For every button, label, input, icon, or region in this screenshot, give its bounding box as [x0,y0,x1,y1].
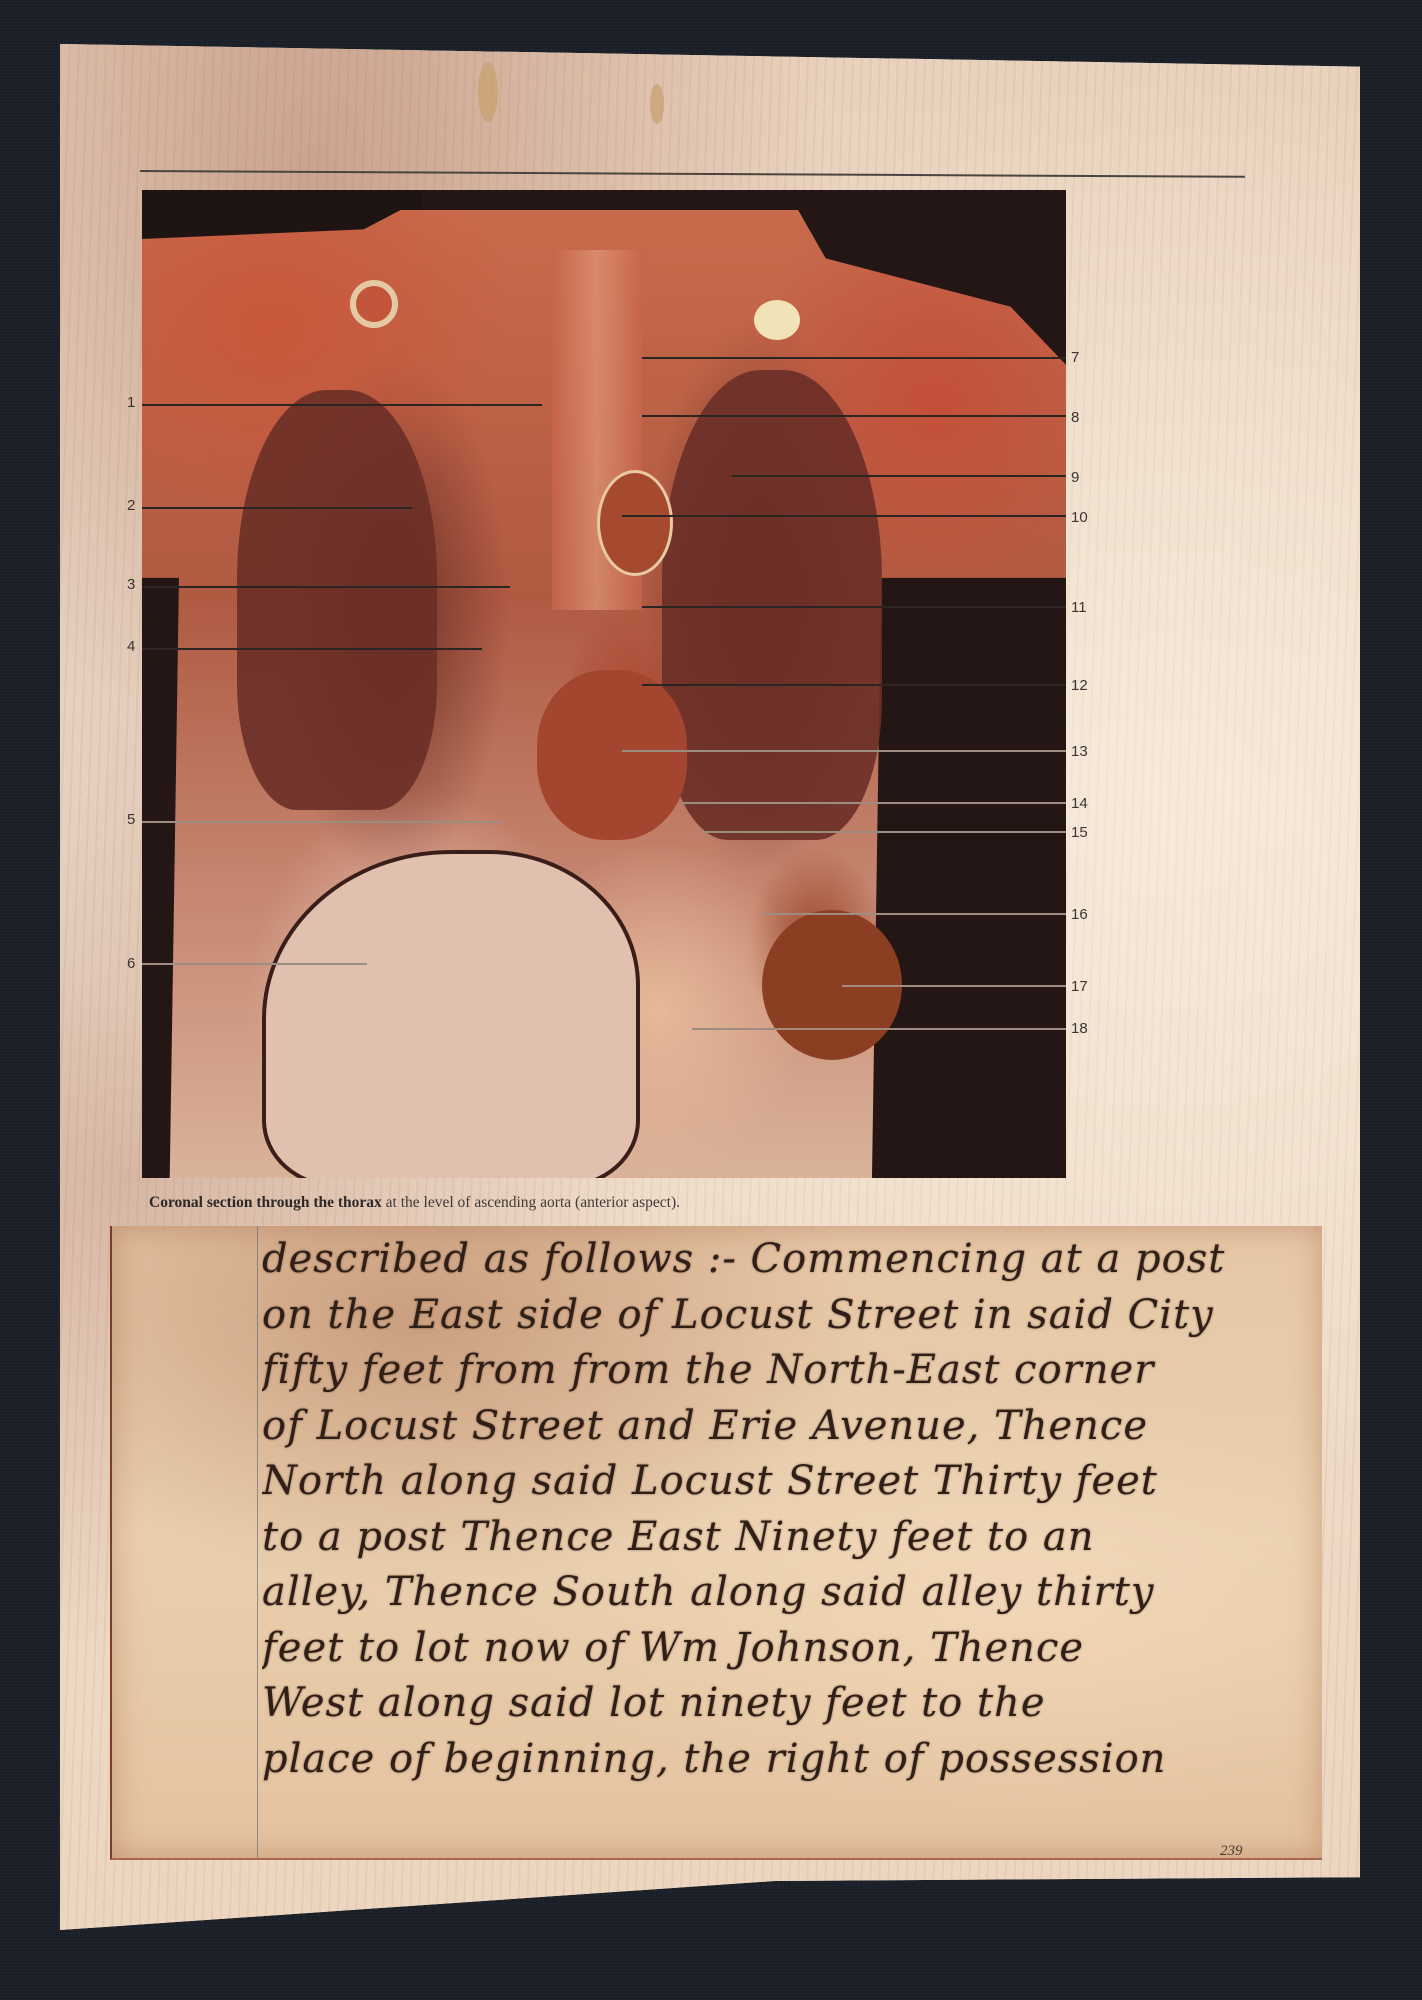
handwriting-line-7: alley, Thence South along said alley thi… [262,1565,1332,1621]
liver [262,850,640,1178]
glue-drip [650,84,664,124]
handwritten-text: described as follows :- Commencing at a … [262,1232,1332,1787]
leader-line-14 [682,802,1066,804]
leader-line-3 [142,586,510,588]
leader-line-16 [762,913,1066,915]
plate-label-8: 8 [1071,409,1079,426]
plate-label-14: 14 [1071,795,1088,812]
leader-line-15 [702,831,1066,833]
left-lung [662,370,882,840]
leader-line-5 [142,821,502,823]
plate-label-11: 11 [1071,599,1087,616]
anatomical-plate [142,190,1066,1178]
heart [537,670,687,840]
plate-label-18: 18 [1071,1020,1088,1037]
handwriting-line-9: West along said lot ninety feet to the [262,1676,1332,1732]
right-lung [237,390,437,810]
handwritten-deed-panel: described as follows :- Commencing at a … [110,1226,1322,1860]
leader-line-7 [642,357,1066,359]
leader-line-6 [142,963,367,965]
plate-label-9: 9 [1071,469,1079,486]
plate-caption: Coronal section through the thorax at th… [149,1194,949,1212]
plate-label-4: 4 [127,638,135,655]
handwriting-line-2: on the East side of Locust Street in sai… [262,1288,1332,1344]
left-clavicle [754,300,800,340]
glue-drip [478,62,498,122]
plate-label-6: 6 [127,955,135,972]
handwriting-line-3: fifty feet from from the North-East corn… [262,1343,1332,1399]
leader-line-17 [842,985,1066,987]
leader-line-18 [692,1028,1066,1030]
leader-line-9 [732,475,1066,477]
leader-line-2 [142,507,412,509]
handwriting-line-1: described as follows :- Commencing at a … [262,1232,1332,1288]
plate-label-3: 3 [127,576,135,593]
plate-label-17: 17 [1071,978,1088,995]
leader-line-4 [142,648,482,650]
plate-label-1: 1 [127,394,135,411]
leader-line-10 [622,515,1066,517]
page-number: 239 [1220,1843,1243,1860]
plate-label-13: 13 [1071,743,1088,760]
handwriting-line-10: place of beginning, the right of possess… [262,1732,1332,1788]
handwriting-line-8: feet to lot now of Wm Johnson, Thence [262,1621,1332,1677]
leader-line-1 [142,404,542,406]
leader-line-8 [642,415,1066,417]
plate-label-16: 16 [1071,906,1088,923]
caption-rest: at the level of ascending aorta (anterio… [382,1194,680,1211]
right-clavicle [350,280,398,328]
plate-label-12: 12 [1071,677,1088,694]
handwriting-line-4: of Locust Street and Erie Avenue, Thence [262,1399,1332,1455]
caption-bold: Coronal section through the thorax [149,1194,382,1211]
leader-line-12 [642,684,1066,686]
leader-line-13 [622,750,1066,752]
handwriting-line-6: to a post Thence East Ninety feet to an [262,1510,1332,1566]
plate-label-2: 2 [127,497,135,514]
leader-line-11 [642,606,1066,608]
plate-label-5: 5 [127,811,135,828]
plate-label-15: 15 [1071,824,1088,841]
plate-label-7: 7 [1071,349,1079,366]
plate-label-10: 10 [1071,509,1088,526]
aortic-arch [597,470,673,576]
margin-rule [257,1226,258,1858]
handwriting-line-5: North along said Locust Street Thirty fe… [262,1454,1332,1510]
